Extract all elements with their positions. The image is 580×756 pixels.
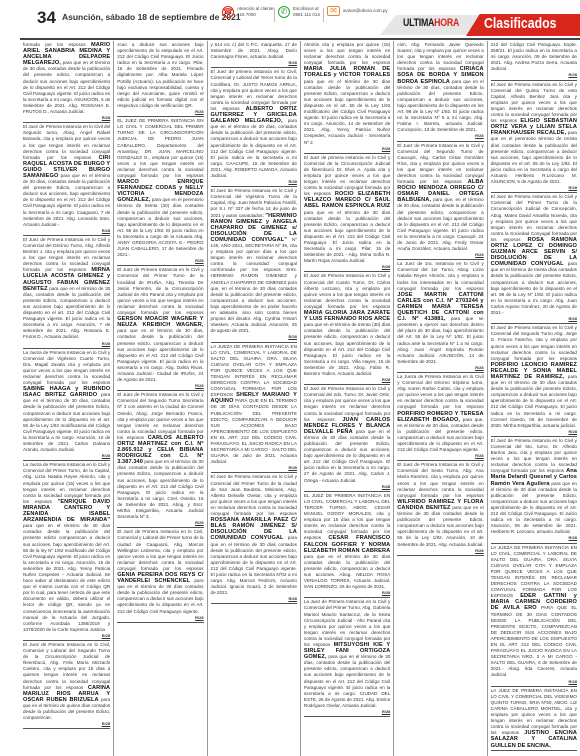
notice-text: para que, en el término de 30 días, cont… xyxy=(397,417,483,452)
notice-text: para que en el término de 30 días, conta… xyxy=(23,392,110,452)
notice-text: para que en el término de 30 días contad… xyxy=(491,374,577,428)
contact-whatsapp: ✆ Escribinos al0981 111 013 xyxy=(278,6,320,18)
legal-notice: La Jueza de Primera Instancia en lo Civi… xyxy=(23,462,110,641)
classifieds-columns: formada por los esposos MARIO ARIEL SANA… xyxy=(20,41,580,756)
legal-notice: LA JUEZA DE PRIMERA INSTANCIA EN LO CIVI… xyxy=(211,344,297,474)
notice-code: R/28 xyxy=(304,709,390,715)
legal-notice: LA JUEZ DE PRIMERA INSTANCIA EN LO CIVIL… xyxy=(491,688,577,751)
notice-code: R/28 xyxy=(117,520,203,526)
column-6: 212 del Código Civil Paraguayo. Expte. 2… xyxy=(487,41,580,756)
notice-parties: MARIA JULIA ROMAN DE TORALES y VICTOR TO… xyxy=(304,66,390,78)
notice-text: El Juez de Primera Instancia en lo Civil… xyxy=(397,143,483,185)
notice-code: R/28 xyxy=(491,429,577,435)
notice-text: para que en el término de 30 días contad… xyxy=(23,523,110,632)
legal-notice: zcan a deducir sus acciones bajo apercib… xyxy=(117,42,203,117)
notice-text: El Juez de primera instancia en lo Civil… xyxy=(304,155,390,197)
whatsapp-icon: ✆ xyxy=(278,6,290,18)
page-number: 34 xyxy=(37,8,56,28)
notice-code: R/28 xyxy=(491,185,577,191)
notice-text: LA JUEZA DE PRIMERA INSTANCIA EN LO CIVI… xyxy=(211,344,297,398)
notice-code: R/28 xyxy=(304,590,390,596)
notice-text: para que en el término de 30 días contad… xyxy=(491,481,577,535)
notice-text: para que en el término de 30 días contad… xyxy=(397,505,483,547)
legal-notice: EL JUEZ DE PRIMERA INSTANCIA EN LO CIVIL… xyxy=(304,493,390,599)
column-5: ción, Abg. Fernando Javier Quevedo Suare… xyxy=(393,41,486,756)
notice-text: para que en el término de 30 días contad… xyxy=(117,459,203,519)
publication-date: Asunción, sábado 18 de septiembre de 202… xyxy=(62,12,241,22)
notice-text: para que en el término de 30 días contad… xyxy=(211,535,297,595)
notice-code: R/28 xyxy=(117,615,203,621)
notice-text: El Juez de Primera Instancia en lo Civil… xyxy=(23,642,110,690)
notice-text: La Jueza de Primera Instancia en lo Civi… xyxy=(23,462,110,504)
legal-notice: El Juez de Primera Instancia en lo Civil… xyxy=(211,474,297,604)
notice-parties: MARIA GLORIA JARA ZARATE Y LUIS FERNANDO… xyxy=(304,310,390,322)
notice-code: R/28 xyxy=(23,228,110,234)
legal-notice: ción, Abg. Fernando Javier Quevedo Suare… xyxy=(397,42,483,142)
notice-text: El Juez de Primera Instancia en lo Civil… xyxy=(23,124,110,159)
legal-notice: La Juez de 1ra. Instancia en lo Civil y … xyxy=(397,261,483,373)
notice-text: para que en el término de treinta (30) d… xyxy=(304,322,390,376)
legal-notice: El Juez de primera instancia en lo Civil… xyxy=(304,155,390,273)
notice-text: zcan a deducir sus acciones bajo apercib… xyxy=(117,42,203,108)
legal-notice: El Juez de Primera Instancia en lo Civil… xyxy=(211,188,297,342)
notice-code: R/28 xyxy=(117,258,203,264)
notice-text: para que en el término de 30 días, conta… xyxy=(23,173,110,227)
legal-notice: El Juez de Primera Instancia en lo Civil… xyxy=(117,529,203,622)
notice-code: R/28 xyxy=(304,484,390,490)
notice-text: para que en el perentorio término de tre… xyxy=(117,197,203,257)
notice-parties: PORFIRIO LEONCIO RAMIREZ RECALDE Y SONIA… xyxy=(491,362,577,380)
notice-text: El Juez de primera instancia en lo Civil… xyxy=(211,69,297,111)
notice-text: El Juez de Primera Instancia en lo Civil… xyxy=(397,462,483,497)
notice-text: Nº 145, AÑO 2021, SECRETARIA Nº 39, cita… xyxy=(211,237,297,333)
notice-code: R/28 xyxy=(211,465,297,471)
notice-text: La Juez de 1ra. Instancia en lo Civil y … xyxy=(397,261,483,290)
legal-notice: formada por los esposos MARIO ARIEL SANA… xyxy=(23,42,110,123)
notice-text: LA JUEZ DE PRIMERA INSTANCIA EN LO CIVIL… xyxy=(491,688,577,736)
legal-notice: El Juez de Primera Instancia en lo Civil… xyxy=(397,143,483,261)
legal-notice: El Juez de Primera Instancia en lo Civil… xyxy=(491,82,577,194)
notice-code: R/28 xyxy=(397,133,483,139)
legal-notice: La Jueza de Primera Instancia en lo Civi… xyxy=(23,350,110,462)
notice-text: para que en el término de 30 días contad… xyxy=(304,554,390,589)
contact-email[interactable]: ✉ avisos@uhora.com.py xyxy=(327,6,388,16)
notice-text: para que en el término de 30 días, conta… xyxy=(117,328,203,382)
notice-code: R/28 xyxy=(23,453,110,459)
legal-notice: EL JUEZ DE PRIMERA INSTANCIA EN LO CIVIL… xyxy=(117,118,203,266)
notice-text: El Juez de Primera Instancia en lo Civil… xyxy=(491,438,577,473)
brand-logo: ULTIMAHORA xyxy=(403,17,459,29)
notice-text: El Juez de Primera Instancia en lo Civil… xyxy=(117,267,203,315)
notice-code: R/28 xyxy=(491,679,577,685)
notice-text: para que en el término de 30 días contad… xyxy=(304,210,390,264)
legal-notice: El Juez de Primera Instancia en lo Civil… xyxy=(117,267,203,391)
notice-text: La Juez de Primera Instancia en lo Civil… xyxy=(304,599,390,647)
notice-code: R/28 xyxy=(211,179,297,185)
notice-parties: GENIA PEREIRA DOS REYS C/ VANDERLEI SCHE… xyxy=(117,572,203,584)
notice-text: PARA QUE EN EL TÉRMINO DE 30 DÍAS CONTAD… xyxy=(211,398,297,464)
notice-text: El Juez de Primera Instancia en lo Civil… xyxy=(211,474,297,516)
legal-notice: El Juez de Primera Instancia en lo Civil… xyxy=(23,642,110,729)
notice-text: para que en el término de 30 días, conta… xyxy=(397,79,483,133)
legal-notice: La Juez de Primera Instancia en lo Civil… xyxy=(304,599,390,717)
legal-notice: El Juez de Primera Instancia en lo Civil… xyxy=(304,386,390,492)
notice-text: El Juez de Primera Instancia en lo Civil… xyxy=(491,325,577,360)
notice-text: El Juez de Primera Instancia en lo Civil… xyxy=(491,82,577,124)
notice-text: EL JUEZ DE PRIMERA INSTANCIA EN LO CIVIL… xyxy=(304,493,390,541)
page-header: 34 Asunción, sábado 18 de septiembre de … xyxy=(0,0,580,38)
notice-code: R/28 xyxy=(397,365,483,371)
legal-notice: El Juez de Primera Instancia en lo Civil… xyxy=(304,273,390,385)
notice-text: La Jueza de Primera Instancia en lo Civi… xyxy=(397,374,483,409)
notice-parties: SABINE HAAGA y RUBINDO ISAAC BRITEZ GARR… xyxy=(23,386,110,398)
section-tab: Clasificados xyxy=(466,14,580,36)
notice-text: para que, en el término de 30 días, cont… xyxy=(397,197,483,251)
notice-code: R/28 xyxy=(23,721,110,727)
notice-text: El Juez de Primera Instancia en lo Civil… xyxy=(117,529,203,571)
column-3: y 614 inc c) del C.P.C. marquetta, 17 de… xyxy=(207,41,300,756)
notice-code: R/28 xyxy=(117,109,203,115)
notice-code: R/28 xyxy=(211,596,297,602)
column-4: Almirón cita y emplaza por quince (15) v… xyxy=(300,41,393,756)
legal-notice: y 614 inc c) del C.P.C. marquetta, 17 de… xyxy=(211,42,297,68)
legal-notice: 212 del Código Civil Paraguayo. Expte. 2… xyxy=(491,42,577,81)
notice-text: para que se presenten a ejercer sus dere… xyxy=(397,316,483,364)
notice-code: R/28 xyxy=(23,341,110,347)
notice-text: El Juez de Primera Instancia en lo Civil… xyxy=(117,392,203,440)
legal-notice: El Juez de Primera Instancia en lo Civil… xyxy=(117,392,203,528)
notice-parties: ROSSANA AMARILLA PAEZ C/ BLAS RAMÓN JIMÉ… xyxy=(211,517,297,541)
legal-notice: El Juez de Primera Instancia en lo Civil… xyxy=(491,438,577,544)
column-1: formada por los esposos MARIO ARIEL SANA… xyxy=(20,41,113,756)
notice-text: formada por los esposos xyxy=(23,42,86,47)
notice-text: La Jueza de Primera Instancia en lo Civi… xyxy=(23,350,110,385)
notice-code: R/28 xyxy=(304,146,390,152)
notice-text: para que en el término de 30 días, conta… xyxy=(211,118,297,178)
notice-code: R/28 xyxy=(211,60,297,66)
notice-code: R/28 xyxy=(491,72,577,78)
notice-code: R/28 xyxy=(23,115,110,121)
notice-text: para que en el perentorio término de tre… xyxy=(491,130,577,184)
notice-text: para que en el término de 30 días, conta… xyxy=(304,654,390,708)
notice-code: R/28 xyxy=(491,316,577,322)
legal-notice: El Juez de Primera Instancia en lo Civil… xyxy=(397,462,483,555)
divider xyxy=(323,8,324,22)
notice-code: R/28 xyxy=(304,377,390,383)
notice-text: Almirón cita y emplaza por quince (15) v… xyxy=(304,42,390,65)
notice-text: El Juez de Primera Instancia en lo Civil… xyxy=(491,194,577,242)
legal-notice: El Juez de primera instancia en lo Civil… xyxy=(211,69,297,187)
phone-icon: ☎ xyxy=(222,6,234,18)
notice-text: para que en el término de 30 días, conta… xyxy=(23,60,110,114)
notice-text: para que en el término de 30 días contad… xyxy=(304,429,390,483)
notice-code: R/28 xyxy=(304,264,390,270)
legal-notice: El Juez de Primera Instancia en lo Civil… xyxy=(23,124,110,236)
notice-parties: GERSON MOACIR WAGNER Y NEUZA KREIBICH WA… xyxy=(117,316,203,328)
contact-phone: ☎ Atención al cliente:415 7000 xyxy=(222,6,275,18)
legal-notice: LA JUEZA DE PRIMERA INSTANCIA EN LO CIVI… xyxy=(491,545,577,687)
legal-notice: El Juez de Primera Instancia en lo Civil… xyxy=(23,237,110,349)
header-rule xyxy=(20,38,580,40)
legal-notice: La Jueza de Primera Instancia en lo Civi… xyxy=(397,374,483,461)
notice-text: para que en el término de 30 días, conta… xyxy=(23,286,110,340)
notice-text: LA JUEZA DE PRIMERA INSTANCIA EN LO CIVI… xyxy=(491,545,577,599)
email-icon: ✉ xyxy=(327,6,340,16)
notice-code: R/28 xyxy=(397,252,483,258)
notice-text: 212 del Código Civil Paraguayo. Expte. 2… xyxy=(491,42,577,71)
legal-notice: Almirón cita y emplaza por quince (15) v… xyxy=(304,42,390,154)
notice-code: R/28 xyxy=(397,453,483,459)
notice-code: R/28 xyxy=(491,535,577,541)
notice-text: para que en el término de 30 días contad… xyxy=(117,578,203,613)
notice-code: R/28 xyxy=(397,548,483,554)
section-title: Clasificados xyxy=(484,15,556,32)
legal-notice: El Juez de Primera Instancia en lo Civil… xyxy=(491,194,577,324)
notice-code: R/28 xyxy=(23,633,110,639)
notice-text: para que en el término de 30 días contad… xyxy=(304,79,390,145)
notice-text: y 614 inc c) del C.P.C. marquetta, 17 de… xyxy=(211,42,297,59)
notice-text: PARA QUE EL TERMINO DE 30 DIAS CONTADOS … xyxy=(491,605,577,677)
divider xyxy=(274,8,275,22)
legal-notice: El Juez de Primera Instancia en lo Civil… xyxy=(491,325,577,437)
notice-text: EL JUEZ DE PRIMERA INSTANCIA EN LO CIVIL… xyxy=(117,118,203,178)
notice-text: para que en el término de treinta días c… xyxy=(491,261,577,315)
notice-text: El Juez de Primera Instancia en lo Civil… xyxy=(304,273,390,308)
notice-code: R/28 xyxy=(117,383,203,389)
column-2: zcan a deducir sus acciones bajo apercib… xyxy=(113,41,206,756)
notice-code: R/28 xyxy=(211,334,297,340)
